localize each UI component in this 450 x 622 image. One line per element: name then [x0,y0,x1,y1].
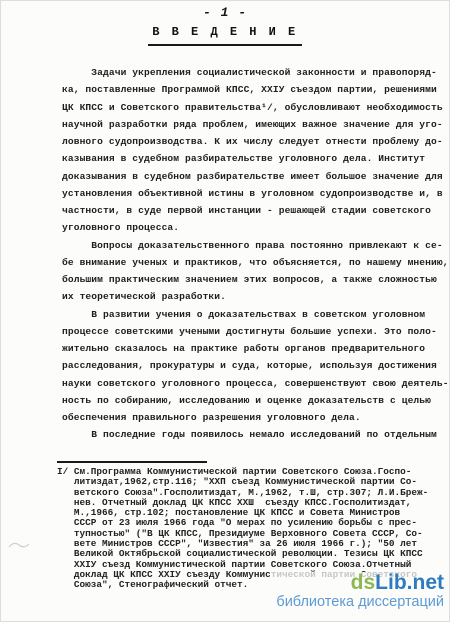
dslib-logo-suffix: Lib.net [375,571,444,594]
page-number: - 1 - [0,5,450,20]
document-body-text: Задачи укрепления социалистической закон… [62,64,448,444]
dslib-logo-prefix: ds [351,571,376,594]
scan-artifact-mark [8,540,30,550]
page-title: В В Е Д Е Н И Е [148,25,302,46]
scanned-document-page: - 1 - В В Е Д Е Н И Е Задачи укрепления … [0,0,450,622]
dslib-logo: dsLib.net [276,572,444,594]
dslib-watermark: dsLib.net библиотека диссертаций [270,572,444,610]
title-wrap: В В Е Д Е Н И Е [0,22,450,46]
footnote-divider [57,461,207,463]
dslib-subtitle: библиотека диссертаций [276,595,444,610]
